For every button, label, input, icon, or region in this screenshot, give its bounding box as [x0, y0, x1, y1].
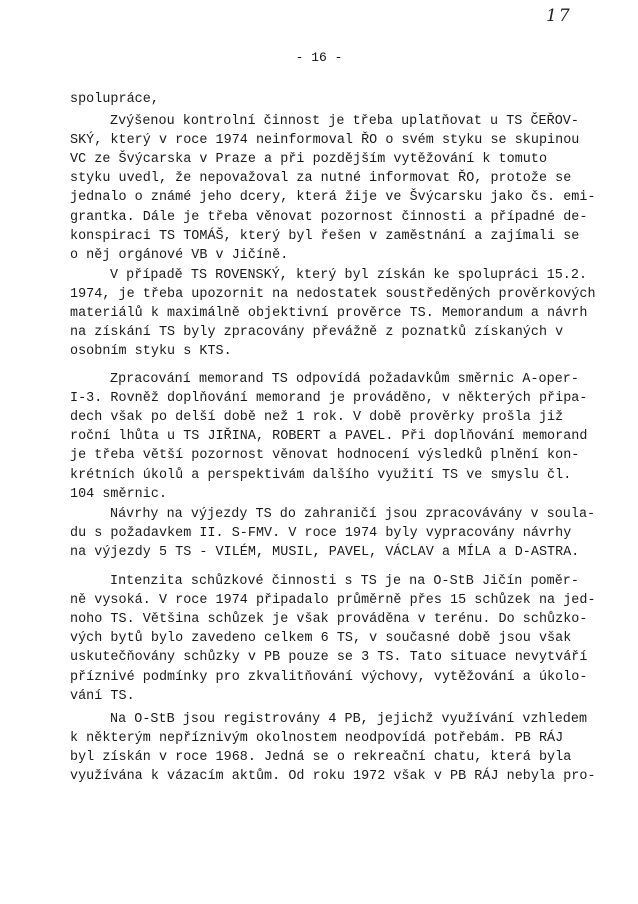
- text-line: Na O-StB jsou registrovány 4 PB, jejichž…: [110, 712, 587, 727]
- text-line: 104 směrnic.: [70, 487, 167, 502]
- text-line: 1974, je třeba upozornit na nedostatek s…: [70, 287, 596, 302]
- text-line: konspiraci TS TOMÁŠ, který byl řešen v z…: [70, 229, 579, 244]
- text-line: materiálů k maximálně objektivní prověrc…: [70, 306, 587, 321]
- text-line: o něj orgánové VB v Jičíně.: [70, 248, 288, 263]
- text-line: krétních úkolů a perspektivám dalšího vy…: [70, 468, 571, 483]
- text-line: na výjezdy 5 TS - VILÉM, MUSIL, PAVEL, V…: [70, 545, 579, 560]
- page-number: - 16 -: [0, 50, 638, 65]
- text-line: vání TS.: [70, 689, 135, 704]
- text-line: VC ze Švýcarska v Praze a při pozdějším …: [70, 152, 547, 167]
- text-line: styku uvedl, že nepovažoval za nutné inf…: [70, 171, 571, 186]
- text-line: využívána k vázacím aktům. Od roku 1972 …: [70, 769, 596, 784]
- text-line: na získání TS byly zpracovány převážně z…: [70, 325, 563, 340]
- text-line: vých bytů bylo zavedeno celkem 6 TS, v s…: [70, 631, 571, 646]
- text-line: Intenzita schůzkové činnosti s TS je na …: [110, 574, 579, 589]
- text-line: Návrhy na výjezdy TS do zahraničí jsou z…: [110, 507, 595, 522]
- text-line: spolupráce,: [70, 92, 159, 107]
- text-line: Zpracování memorand TS odpovídá požadavk…: [110, 372, 579, 387]
- text-line: noho TS. Většina schůzek je však provádě…: [70, 612, 587, 627]
- text-line: příznivé podmínky pro zkvalitňování vých…: [70, 670, 587, 685]
- text-line: grantka. Dále je třeba věnovat pozornost…: [70, 210, 587, 225]
- text-line: I-3. Rovněž doplňování memorand je prová…: [70, 391, 587, 406]
- text-line: roční lhůta u TS JIŘINA, ROBERT a PAVEL.…: [70, 429, 587, 444]
- text-line: SKÝ, který v roce 1974 neinformoval ŘO o…: [70, 133, 579, 148]
- text-line: je třeba větší pozornost věnovat hodnoce…: [70, 448, 579, 463]
- text-line: osobním styku s KTS.: [70, 344, 232, 359]
- text-line: V případě TS ROVENSKÝ, který byl získán …: [110, 268, 587, 283]
- text-line: ně vysoká. V roce 1974 připadalo průměrn…: [70, 593, 596, 608]
- text-line: byl získán v roce 1968. Jedná se o rekre…: [70, 750, 571, 765]
- text-line: uskutečňovány schůzky v PB pouze se 3 TS…: [70, 650, 587, 665]
- text-line: du s požadavkem II. S-FMV. V roce 1974 b…: [70, 526, 571, 541]
- text-line: k některým nepříznivým okolnostem neodpo…: [70, 731, 563, 746]
- text-line: Zvýšenou kontrolní činnost je třeba upla…: [110, 114, 579, 129]
- handwritten-folio-number: 17: [546, 6, 572, 26]
- text-line: jednalo o známé jeho dcery, která žije v…: [70, 190, 596, 205]
- document-page: 17 - 16 - spolupráce,Zvýšenou kontrolní …: [0, 0, 638, 904]
- text-line: dech však po delší době než 1 rok. V dob…: [70, 410, 563, 425]
